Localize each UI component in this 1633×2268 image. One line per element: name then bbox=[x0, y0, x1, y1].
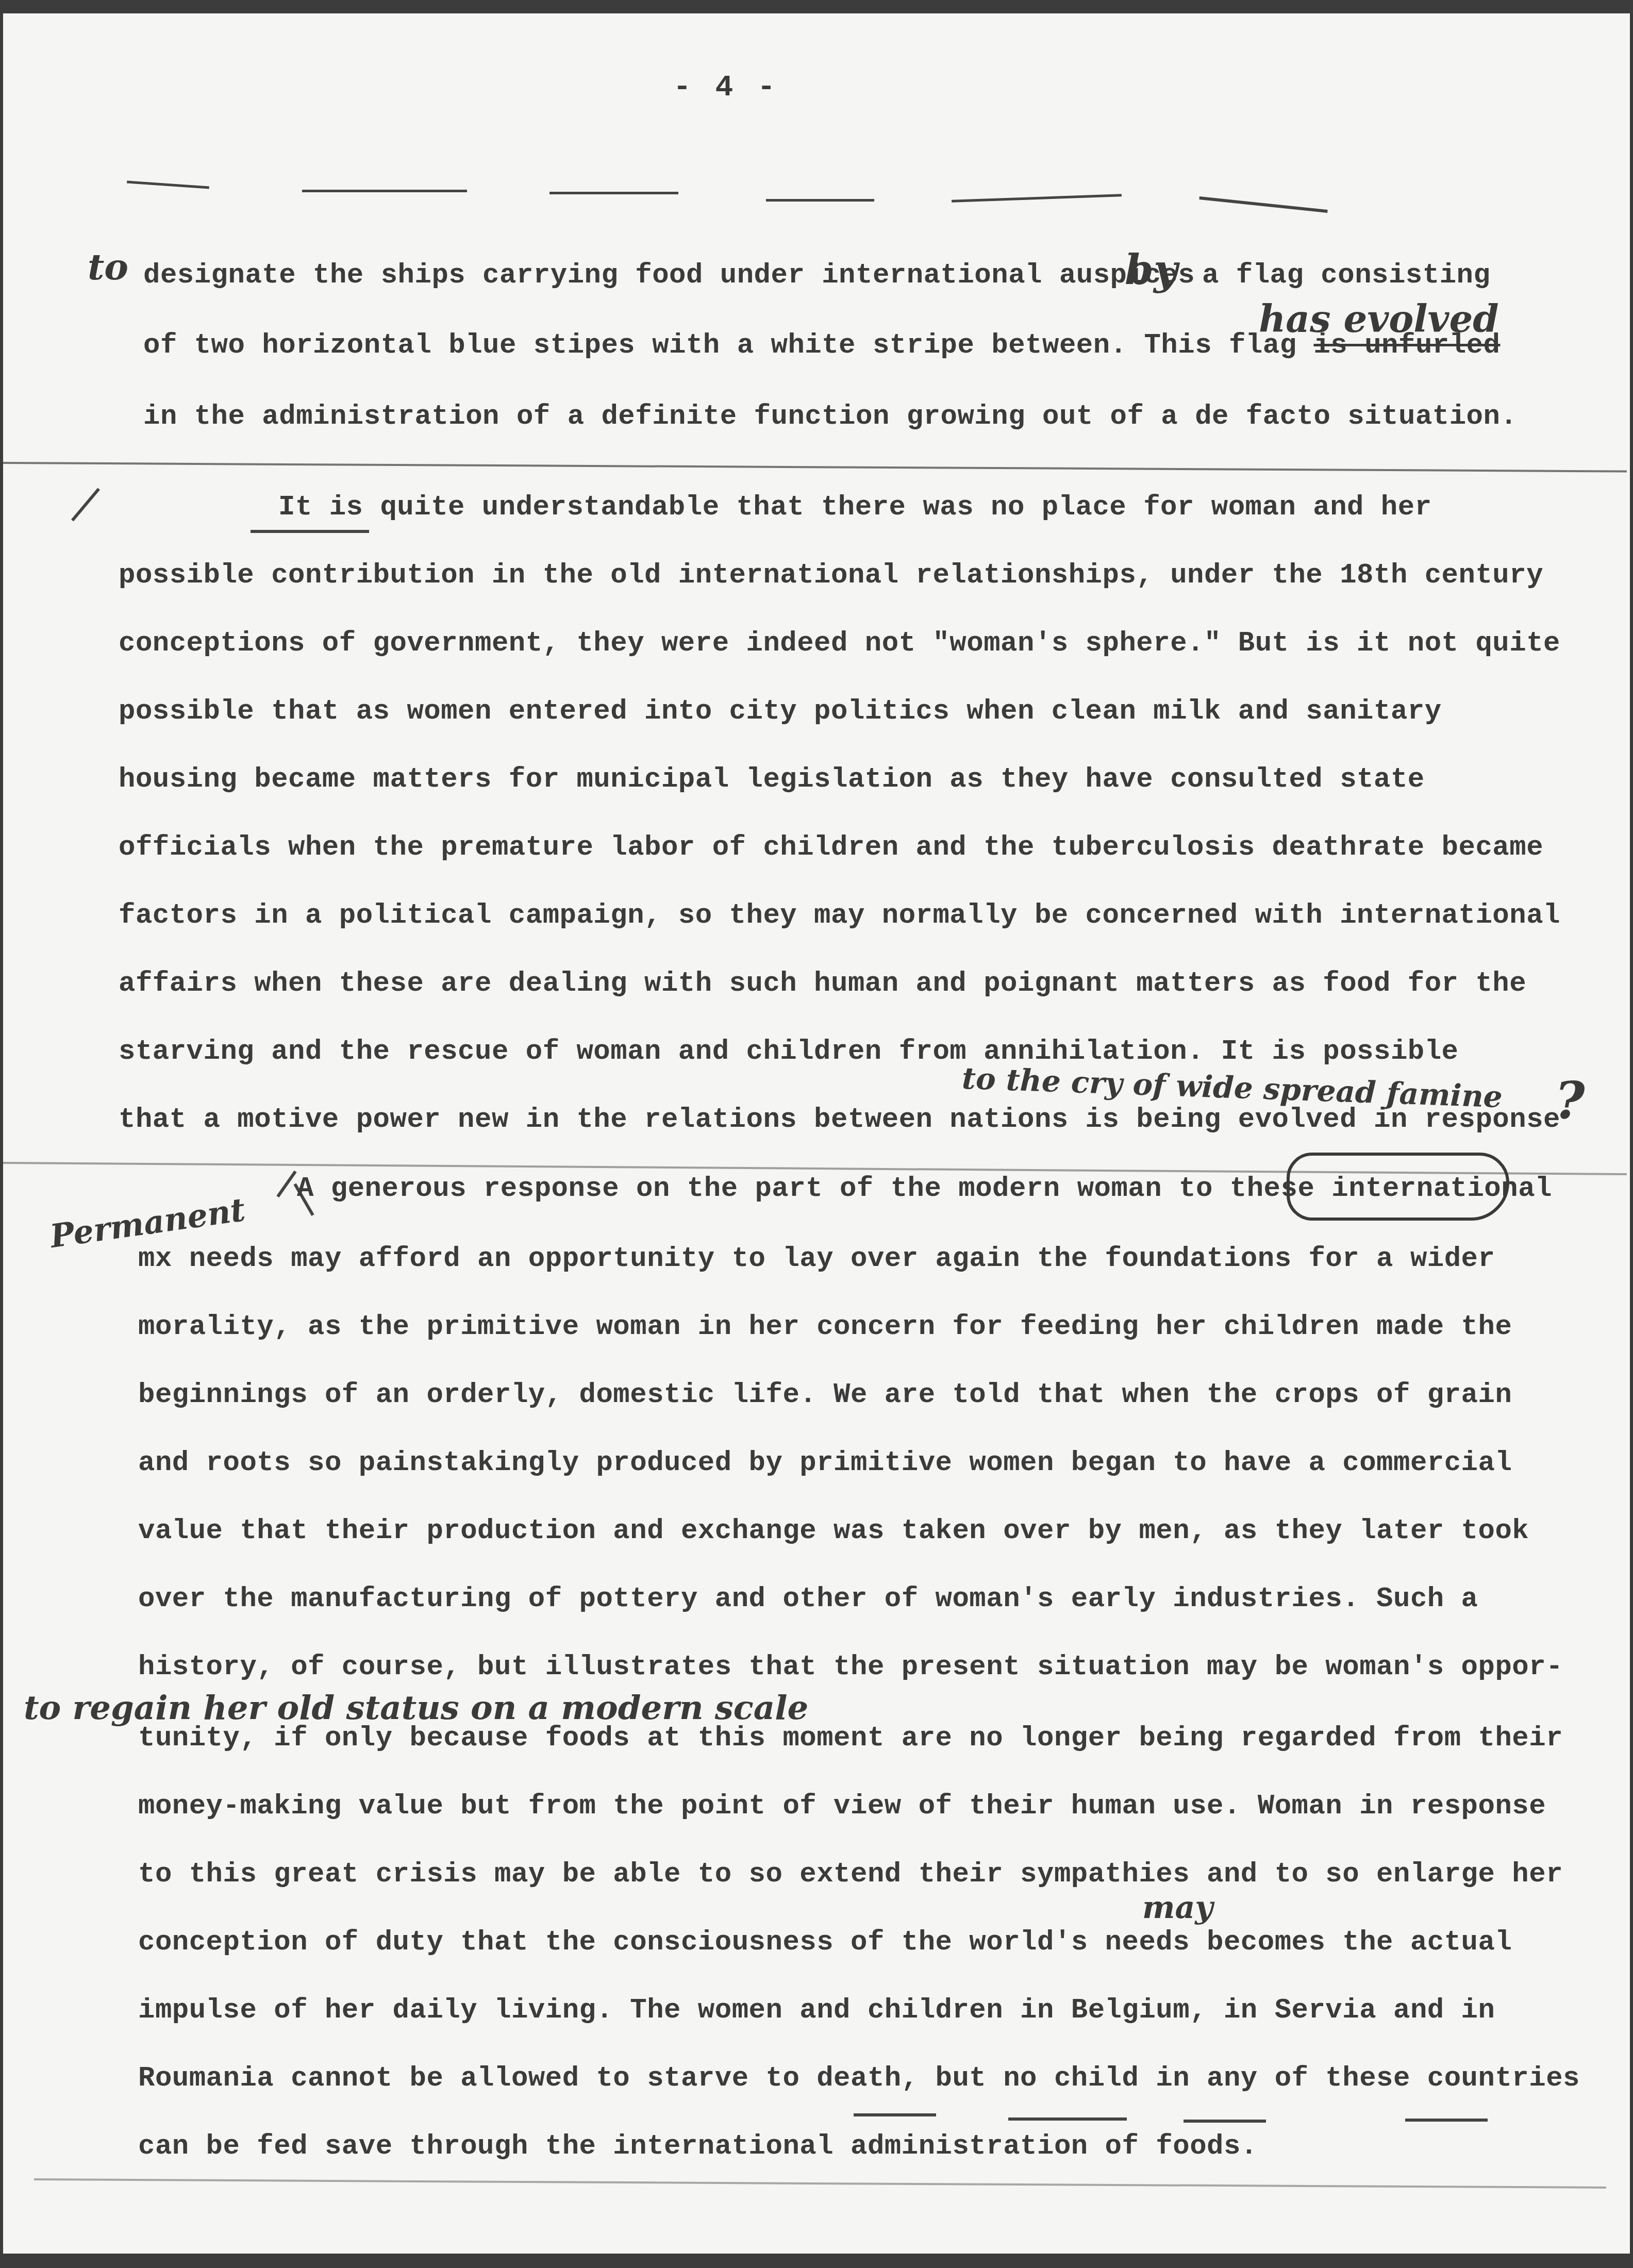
annotation-may: may bbox=[1142, 1890, 1213, 1926]
text-line: can be fed save through the internationa… bbox=[138, 2131, 1258, 2162]
text-line: conception of duty that the consciousnes… bbox=[138, 1927, 1512, 1958]
text-line: It is quite understandable that there wa… bbox=[278, 492, 1432, 523]
text-line: in the administration of a definite func… bbox=[143, 401, 1517, 432]
text-line: to this great crisis may be able to so e… bbox=[138, 1859, 1563, 1890]
crease-line bbox=[34, 2178, 1606, 2189]
text-line: of two horizontal blue stipes with a whi… bbox=[143, 330, 1500, 361]
underline-mark bbox=[1184, 2120, 1266, 2123]
scan-top-border bbox=[0, 0, 1633, 13]
scan-bottom-border bbox=[0, 2254, 1633, 2268]
text-line: tunity, if only because foods at this mo… bbox=[138, 1723, 1563, 1754]
text-line: history, of course, but illustrates that… bbox=[138, 1652, 1563, 1683]
text-line: impulse of her daily living. The women a… bbox=[138, 1995, 1495, 2026]
text-line: Roumania cannot be allowed to starve to … bbox=[138, 2063, 1580, 2094]
text-line: starving and the rescue of woman and chi… bbox=[119, 1036, 1459, 1068]
text-line: conceptions of government, they were ind… bbox=[119, 628, 1560, 659]
underline-mark bbox=[549, 192, 678, 194]
text-line: possible that as women entered into city… bbox=[119, 696, 1442, 727]
text-line: that a motive power new in the relations… bbox=[119, 1104, 1560, 1136]
underline-mark bbox=[854, 2113, 936, 2116]
text-line: beginnings of an orderly, domestic life.… bbox=[138, 1379, 1512, 1411]
paragraph-mark bbox=[71, 488, 100, 521]
underline-mark bbox=[302, 190, 467, 192]
text-line: affairs when these are dealing with such… bbox=[119, 968, 1526, 999]
underline-mark bbox=[952, 194, 1122, 203]
text-line: factors in a political campaign, so they… bbox=[119, 900, 1560, 931]
struck-text: is unfurled bbox=[1313, 330, 1500, 361]
text-line: mx needs may afford an opportunity to la… bbox=[138, 1243, 1495, 1275]
document-page: - 4 - to designate the ships carrying fo… bbox=[3, 13, 1630, 2254]
underline-mark bbox=[1199, 196, 1327, 213]
annotation-to: to bbox=[88, 245, 128, 288]
text-line: designate the ships carrying food under … bbox=[143, 260, 1195, 291]
crease-line bbox=[3, 462, 1627, 472]
text-line: housing became matters for municipal leg… bbox=[119, 764, 1425, 795]
text-line: value that their production and exchange… bbox=[138, 1515, 1529, 1547]
underline-mark bbox=[1008, 2117, 1127, 2121]
text-line: morality, as the primitive woman in her … bbox=[138, 1311, 1512, 1343]
text-line: officials when the premature labor of ch… bbox=[119, 832, 1543, 863]
text-line: money-making value but from the point of… bbox=[138, 1791, 1546, 1822]
paragraph-underline bbox=[251, 530, 369, 533]
underline-mark bbox=[766, 199, 874, 202]
page-number: - 4 - bbox=[673, 71, 778, 105]
circled-word-international bbox=[1287, 1153, 1509, 1221]
annotation-regain-status: to regain her old status on a modern sca… bbox=[24, 1689, 808, 1727]
text-line: a flag consisting bbox=[1202, 260, 1490, 291]
annotation-by: by bbox=[1125, 245, 1177, 294]
text-line: over the manufacturing of pottery and ot… bbox=[138, 1583, 1478, 1615]
underline-mark bbox=[127, 180, 209, 189]
text-line: and roots so painstakingly produced by p… bbox=[138, 1447, 1512, 1479]
text-line: possible contribution in the old interna… bbox=[119, 560, 1543, 591]
underline-mark bbox=[1405, 2119, 1488, 2122]
